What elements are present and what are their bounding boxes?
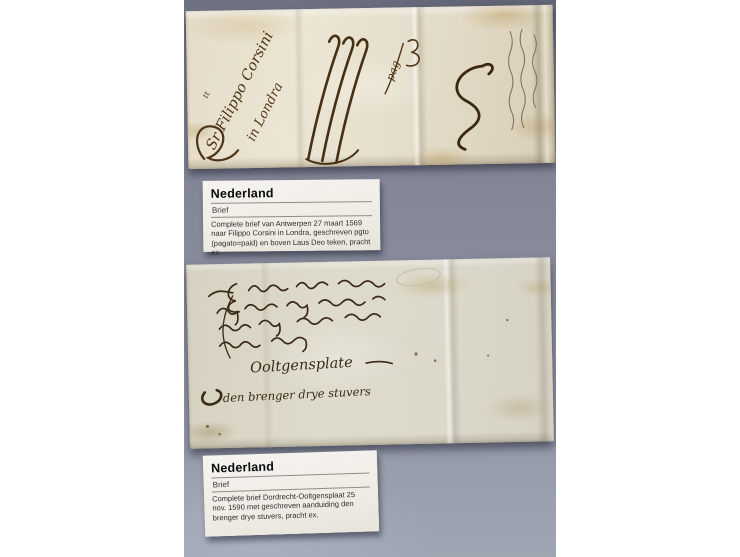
catalog-page: Sr Filippo Corsini in Londra tt pag — [0, 0, 740, 557]
letter-antwerpen-1569: Sr Filippo Corsini in Londra tt pag — [186, 5, 556, 169]
carrier-note-script: den brenger drye stuvers — [222, 384, 371, 405]
letter1-handwriting: Sr Filippo Corsini in Londra tt pag — [186, 5, 556, 169]
sender-paraph — [456, 64, 493, 149]
letter2-handwriting: Ooltgensplate den brenger drye stuvers — [186, 257, 554, 449]
endorsement-mark: tt — [201, 89, 212, 100]
label-description: Complete brief Dordrecht-Ooltgensplaat 2… — [212, 490, 371, 523]
letter-dordrecht-1590: Ooltgensplate den brenger drye stuvers — [186, 257, 554, 449]
payment-mark-script: pag — [383, 59, 402, 83]
large-paraph-flourish — [304, 35, 369, 164]
addressee-script: Sr Filippo Corsini — [203, 29, 276, 152]
label-card-1569: Nederland Brief Complete brief van Antwe… — [203, 179, 381, 252]
destination-script: in Londra — [244, 80, 286, 144]
address-script-lines — [209, 280, 387, 359]
label-card-1590: Nederland Brief Complete brief Dordrecht… — [203, 450, 379, 536]
vertical-docket-script — [508, 29, 538, 129]
lot-photo: Sr Filippo Corsini in Londra tt pag — [184, 0, 556, 557]
label-description: Complete brief van Antwerpen 27 maart 15… — [211, 218, 372, 257]
ink-specks — [204, 319, 511, 436]
destination-script: Ooltgensplate — [250, 355, 353, 377]
destination-flourish — [366, 361, 392, 364]
label-country: Nederland — [211, 185, 372, 201]
label-category: Brief — [212, 204, 372, 215]
embossed-oval-mark — [395, 266, 441, 289]
carrier-note-initial — [202, 390, 221, 405]
